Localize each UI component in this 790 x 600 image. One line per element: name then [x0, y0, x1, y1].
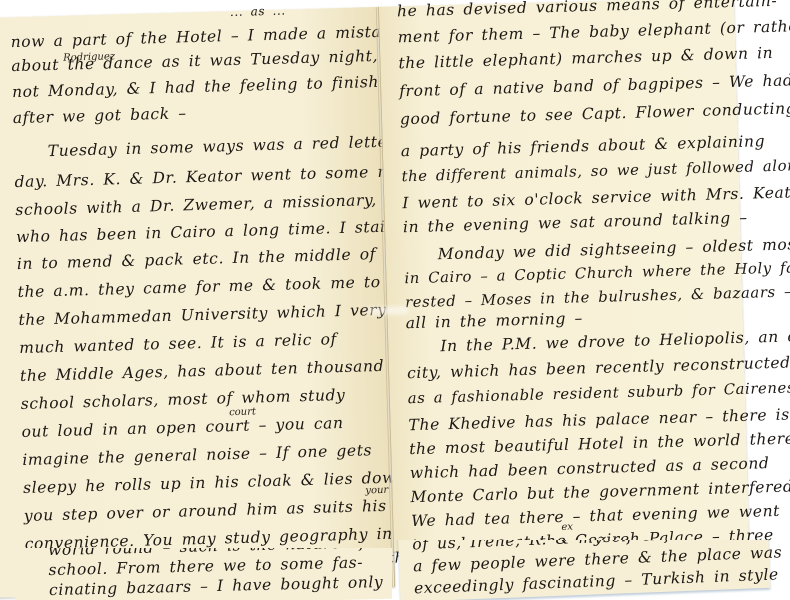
right-page: he has devised various means of entertai… — [378, 0, 749, 552]
right-line-18: the most beautiful Hotel in the world th… — [409, 429, 790, 458]
left-line-9: in to mend & pack etc. In the middle of — [17, 245, 377, 273]
left-line-18: you step over or around him as suits his — [24, 497, 387, 525]
right-line-6: a party of his friends about & explainin… — [401, 132, 766, 160]
right-line-5: good fortune to see Capt. Flower conduct… — [400, 99, 790, 128]
left-line-16: imagine the general noise – If one gets — [22, 441, 372, 469]
left-line-4: after we got back – — [13, 104, 187, 127]
right-line-9: in the evening we sat around talking – — [403, 209, 748, 237]
right-line-11: in Cairo – a Coptic Church where the Hol… — [404, 258, 790, 287]
left-line-11: the Mohammedan University which I very — [18, 301, 387, 329]
left-line-7: schools with a Dr. Zwemer, a missionary, — [15, 191, 377, 219]
right-line-10: Monday we did sightseeing – oldest mosqu… — [404, 234, 790, 264]
left-page: ... as ... Rodriguez now a part of the H… — [0, 7, 395, 598]
left-page-bottom: world round – such is the nature of the … — [0, 548, 392, 600]
right-line-14: In the P.M. we drove to Heliopolis, an o… — [406, 327, 790, 356]
right-line-19: which had been constructed as a second — [410, 454, 770, 482]
left-page-bottom-paper: world round – such is the nature of the … — [14, 548, 392, 600]
right-line-2: ment for them – The baby elephant (or ra… — [397, 17, 790, 46]
right-page-bottom: of us, Irene, R. & myself & five men – O… — [380, 540, 790, 600]
right-line-8: I went to six o'clock service with Mrs. … — [402, 182, 790, 212]
left-line-15: out loud in an open court – you can — [21, 414, 343, 441]
right-line-20: Monte Carlo but the government interfere… — [410, 477, 790, 506]
right-line-1: he has devised various means of entertai… — [397, 0, 778, 20]
left-line-13: the Middle Ages, has about ten thousand — [20, 357, 385, 385]
left-line-14: school scholars, most of whom study — [21, 386, 346, 413]
paper-crease — [368, 306, 408, 315]
left-line-10: the a.m. they came for me & took me to — [17, 273, 380, 301]
right-page-bottom-paper: of us, Irene, R. & myself & five men – O… — [398, 540, 770, 600]
left-line-5: Tuesday in some ways was a red letter — [14, 132, 396, 161]
left-line-1: now a part of the Hotel – I made a mista… — [10, 22, 401, 51]
right-line-3: the little elephant) marches up & down i… — [398, 44, 773, 72]
left-line-3: not Monday, & I had the feeling to finis… — [12, 73, 379, 101]
left-line-17: sleepy he rolls up in his cloak & lies d… — [23, 468, 424, 497]
right-line-13: all in the morning – — [405, 309, 583, 332]
right-line-4: front of a native band of bagpipes – We … — [399, 70, 790, 100]
left-line-2: about the dance as it was Tuesday night, — [11, 47, 378, 75]
right-line-7: the different animals, so we just follow… — [401, 157, 790, 185]
insertion-your: your — [365, 485, 388, 497]
partial-top-line: ... as ... — [230, 3, 286, 19]
right-line-17: The Khedive has his palace near – there … — [408, 406, 790, 435]
letter-sheet: ... as ... Rodriguez now a part of the H… — [0, 0, 790, 598]
right-line-12: rested – Moses in the bulrushes, & bazaa… — [405, 282, 790, 311]
right-line-21: We had tea there – that evening we went — [411, 502, 780, 530]
left-line-6: day. Mrs. K. & Dr. Keator went to some m… — [14, 161, 441, 191]
right-line-15: city, which has been recently reconstruc… — [407, 354, 790, 383]
left-line-8: who has been in Cairo a long time. I sta… — [16, 217, 396, 246]
right-line-16: as a fashionable resident suburb for Cai… — [408, 379, 790, 407]
scanned-letter-scene: ... as ... Rodriguez now a part of the H… — [0, 0, 790, 600]
left-line-12: much wanted to see. It is a relic of — [19, 330, 337, 357]
